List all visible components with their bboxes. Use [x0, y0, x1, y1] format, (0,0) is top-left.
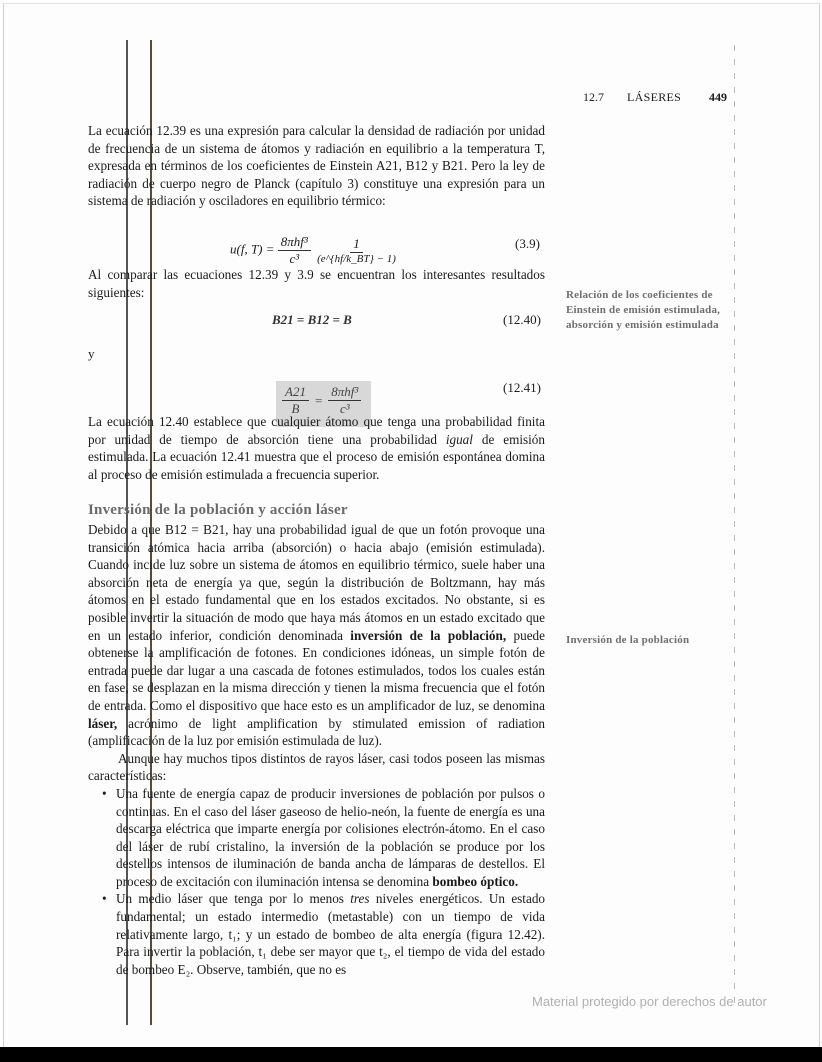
- section-number: 12.7: [583, 90, 627, 105]
- equation-number: (12.41): [503, 380, 541, 396]
- chapter-title: LÁSERES: [627, 90, 709, 105]
- equation-number: (3.9): [515, 236, 540, 252]
- connector-text: y: [88, 346, 95, 362]
- running-head: 12.7 LÁSERES 449: [583, 90, 727, 105]
- equation-3-9: u(f, T) = 8πhf³ c³ 1 (e^{hf/k_BT} − 1): [230, 234, 399, 267]
- list-item: Un medio láser que tenga por lo menos tr…: [116, 890, 545, 978]
- margin-rule: [734, 45, 735, 1005]
- equation-12-40: B21 = B12 = B: [272, 312, 352, 328]
- paragraph: La ecuación 12.40 establece que cualquie…: [88, 413, 545, 483]
- paragraph: Debido a que B12 = B21, hay una probabil…: [88, 521, 545, 978]
- page-number: 449: [709, 90, 727, 105]
- section-heading: Inversión de la población y acción láser: [88, 502, 348, 519]
- margin-note: Relación de los coeficientes de Einstein…: [566, 288, 736, 333]
- list-item: Una fuente de energía capaz de producir …: [116, 785, 545, 891]
- equation-number: (12.40): [503, 312, 541, 328]
- characteristics-list: Una fuente de energía capaz de producir …: [88, 785, 545, 979]
- paragraph: La ecuación 12.39 es una expresión para …: [88, 122, 545, 210]
- paragraph: Al comparar las ecuaciones 12.39 y 3.9 s…: [88, 266, 545, 301]
- margin-note: Inversión de la población: [566, 633, 736, 648]
- copyright-watermark: Material protegido por derechos de autor: [532, 994, 767, 1009]
- bottom-bar: [0, 1047, 822, 1062]
